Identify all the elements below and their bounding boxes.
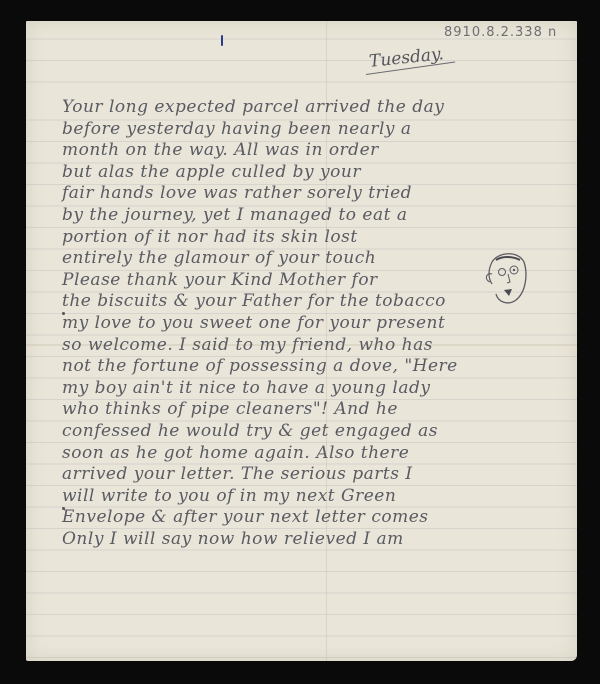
letter-line: arrived your letter. The serious parts I — [62, 464, 572, 486]
letter-line: my boy ain't it nice to have a young lad… — [62, 378, 572, 400]
blue-ink-mark — [221, 35, 223, 46]
letter-line: so welcome. I said to my friend, who has — [62, 335, 572, 357]
letter-line: not the fortune of possessing a dove, "H… — [62, 356, 572, 378]
letter-line: Envelope & after your next letter comes — [62, 507, 572, 529]
letter-line: month on the way. All was in order — [62, 140, 572, 162]
letter-line: before yesterday having been nearly a — [62, 119, 572, 141]
letter-line: confessed he would try & get engaged as — [62, 421, 572, 443]
archive-reference-number: 8910.8.2.338 n — [444, 25, 557, 40]
letter-line: Your long expected parcel arrived the da… — [62, 97, 572, 119]
letter-line: fair hands love was rather sorely tried — [62, 183, 572, 205]
letter-line: who thinks of pipe cleaners"! And he — [62, 399, 572, 421]
face-sketch-icon — [482, 248, 528, 308]
letter-line: Only I will say now how relieved I am — [62, 529, 572, 551]
letter-page: 8910.8.2.338 n Tuesday. Your long expect… — [26, 21, 577, 661]
letter-line: will write to you of in my next Green — [62, 486, 572, 508]
letter-line: my love to you sweet one for your presen… — [62, 313, 572, 335]
letter-line: by the journey, yet I managed to eat a — [62, 205, 572, 227]
letter-line: soon as he got home again. Also there — [62, 443, 572, 465]
letter-body: Your long expected parcel arrived the da… — [62, 97, 572, 550]
letter-line: portion of it nor had its skin lost — [62, 227, 572, 249]
letter-line: but alas the apple culled by your — [62, 162, 572, 184]
